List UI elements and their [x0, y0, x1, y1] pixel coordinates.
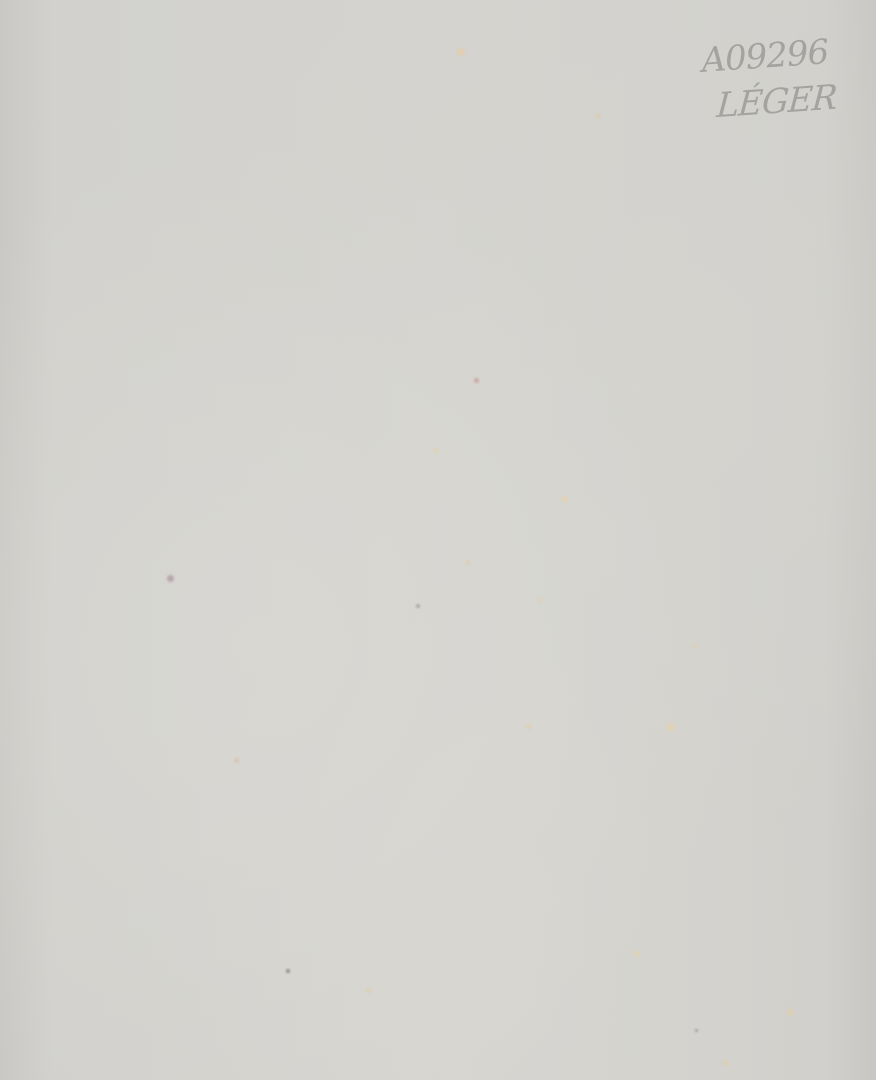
paper-speck: [692, 643, 697, 648]
paper-speck: [366, 988, 371, 993]
paper-speck: [695, 1029, 698, 1032]
paper-speck: [562, 496, 568, 502]
artist-name: LÉGER: [715, 74, 846, 129]
paper-speck: [457, 48, 465, 56]
paper-speck: [667, 723, 675, 731]
paper-speck: [167, 575, 174, 582]
paper-speck: [234, 758, 239, 763]
paper-speck: [465, 560, 470, 565]
pencil-annotation: A09296 LÉGER: [700, 28, 846, 130]
paper-speck: [416, 604, 420, 608]
paper-speck: [634, 951, 640, 957]
paper-speck: [286, 969, 290, 973]
paper-speck: [474, 378, 479, 383]
paper-speck: [787, 1009, 794, 1016]
paper-speck: [596, 113, 601, 118]
paper-sheet: A09296 LÉGER: [0, 0, 876, 1080]
paper-speck: [723, 1060, 729, 1066]
paper-speck: [434, 448, 439, 453]
paper-speck: [526, 724, 531, 729]
paper-speck: [538, 598, 542, 602]
